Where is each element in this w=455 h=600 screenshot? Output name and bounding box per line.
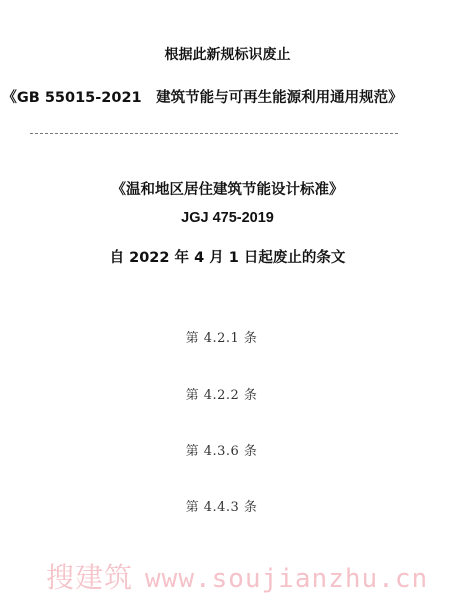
old-standard-code: JGJ 475-2019	[0, 210, 455, 226]
old-standard-title: 《温和地区居住建筑节能设计标准》	[0, 178, 455, 199]
clause-item: 第 4.2.2 条	[0, 384, 449, 403]
clause-item: 第 4.3.6 条	[0, 440, 449, 459]
heading: 根据此新规标识废止	[0, 44, 455, 64]
effective-note: 自 2022 年 4 月 1 日起废止的条文	[0, 246, 455, 267]
new-standard-title: 《GB 55015-2021 建筑节能与可再生能源利用通用规范》	[0, 86, 430, 107]
watermark: 搜建筑www.soujianzhu.cn	[46, 556, 428, 596]
watermark-brand: 搜建筑	[46, 561, 133, 594]
watermark-url: www.soujianzhu.cn	[145, 564, 428, 594]
dashed-divider	[30, 133, 398, 134]
clause-item: 第 4.4.3 条	[0, 496, 449, 515]
clause-item: 第 4.2.1 条	[0, 327, 449, 346]
